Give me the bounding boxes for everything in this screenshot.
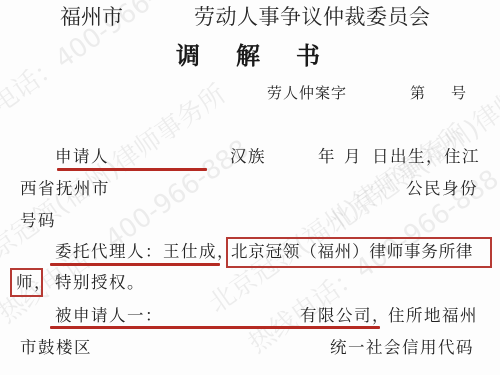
- birth-day-residence: 日出生，住江: [372, 149, 480, 166]
- title-char-3: 书: [296, 44, 320, 68]
- respondent-district: 市鼓楼区: [20, 340, 92, 357]
- mediation-document: 北京冠领(福州)律师事务所 热线电话：400-966-888 北京冠领(福州)律…: [0, 0, 500, 375]
- id-number-label: 号码: [20, 213, 56, 230]
- watermark-firm: 北京冠领(福州)律师事务所: [320, 34, 500, 240]
- respondent-underline: [50, 326, 380, 329]
- applicant-label: 申请人: [55, 149, 109, 166]
- birth-year: 年: [318, 149, 336, 166]
- header-city: 福州市: [60, 7, 123, 28]
- agent-firm: 北京冠领（福州）律师事务所律: [231, 244, 473, 261]
- agent-authority: 特别授权。: [55, 275, 145, 292]
- case-number-hao: 号: [451, 86, 467, 101]
- agent-label: 委托代理人：王仕成，: [55, 244, 235, 261]
- respondent-label: 被申请人一：: [55, 308, 163, 325]
- respondent-address: 住所地福州: [388, 308, 478, 325]
- case-number-prefix: 劳人仲案字: [267, 86, 347, 101]
- header-committee: 劳动人事争议仲裁委员会: [194, 7, 431, 28]
- respondent-company: 有限公司，: [300, 308, 390, 325]
- citizen-id: 公民身份: [406, 181, 478, 198]
- title-char-2: 解: [236, 44, 260, 68]
- agent-underline: [50, 263, 220, 266]
- birth-month: 月: [344, 149, 362, 166]
- residence-line2: 西省抚州市: [20, 181, 110, 198]
- case-number-di: 第: [410, 86, 426, 101]
- watermark-firm: 北京冠领(福州)律师事务所: [200, 114, 472, 320]
- credit-code: 统一社会信用代码: [330, 340, 474, 357]
- title-char-1: 调: [176, 44, 200, 68]
- applicant-ethnicity: 汉族: [230, 149, 266, 166]
- agent-title: 师，: [16, 275, 52, 292]
- applicant-underline: [57, 168, 207, 171]
